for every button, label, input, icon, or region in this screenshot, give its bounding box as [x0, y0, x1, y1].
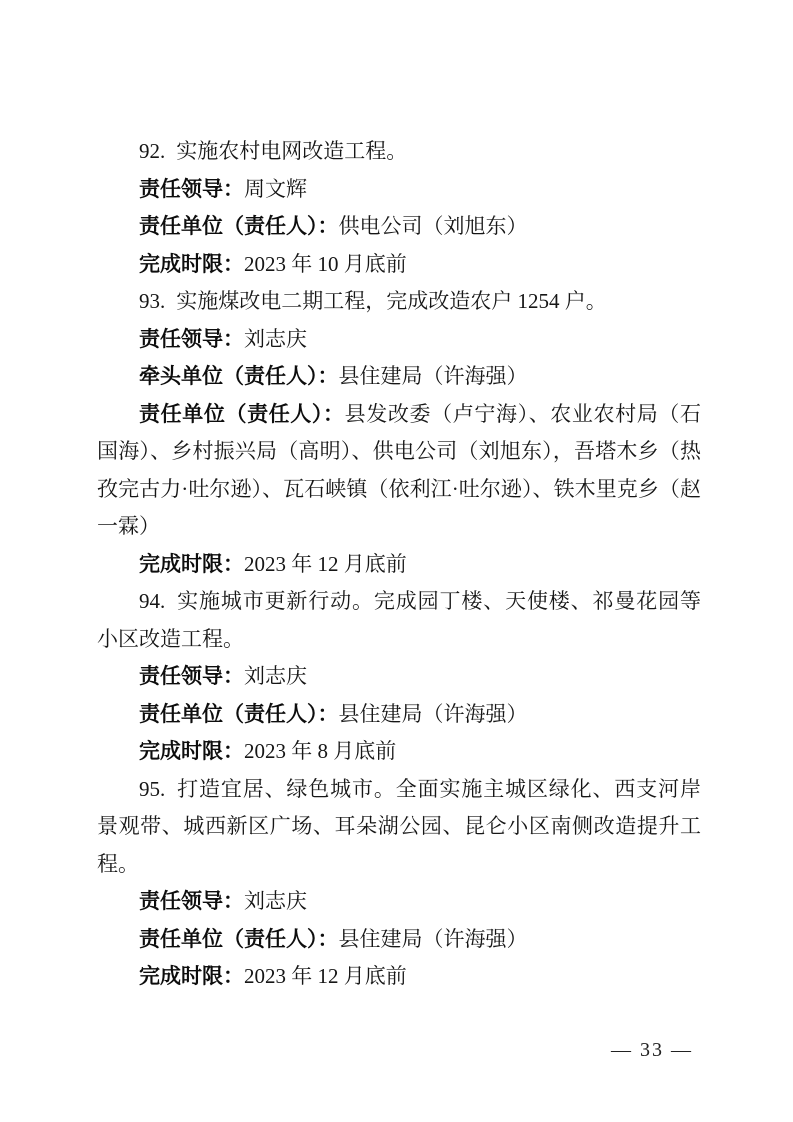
field-label: 责任领导：: [139, 890, 244, 913]
field-value: 刘志庆: [244, 889, 307, 913]
field-label: 责任单位（责任人）：: [139, 928, 339, 951]
item-number: 95.: [139, 777, 165, 801]
field-label: 完成时限：: [139, 965, 244, 988]
item-number: 94.: [139, 589, 165, 613]
item-92-field-unit: 责任单位（责任人）：供电公司（刘旭东）: [97, 208, 701, 246]
page-number: — 33 —: [611, 1038, 693, 1062]
item-95-field-leader: 责任领导：刘志庆: [97, 883, 701, 921]
field-value: 供电公司（刘旭东）: [339, 214, 528, 238]
field-label: 完成时限：: [139, 253, 244, 276]
field-value: 刘志庆: [244, 664, 307, 688]
item-93-field-lead-unit: 牵头单位（责任人）：县住建局（许海强）: [97, 358, 701, 396]
item-95-title-paragraph: 95.打造宜居、绿色城市。全面实施主城区绿化、西支河岸景观带、城西新区广场、耳朵…: [97, 771, 701, 884]
item-92-field-leader: 责任领导：周文辉: [97, 171, 701, 209]
field-value: 县住建局（许海强）: [339, 702, 528, 726]
field-label: 责任单位（责任人）：: [139, 703, 339, 726]
item-93-title-paragraph: 93.实施煤改电二期工程，完成改造农户 1254 户。: [97, 283, 701, 321]
field-label: 责任单位（责任人）：: [139, 403, 345, 426]
item-92-field-deadline: 完成时限：2023 年 10 月底前: [97, 246, 701, 284]
item-93-field-unit: 责任单位（责任人）：县发改委（卢宁海）、农业农村局（石国海）、乡村振兴局（高明）…: [97, 396, 701, 546]
item-94-field-unit: 责任单位（责任人）：县住建局（许海强）: [97, 696, 701, 734]
item-94-field-leader: 责任领导：刘志庆: [97, 658, 701, 696]
item-92-title-paragraph: 92.实施农村电网改造工程。: [97, 133, 701, 171]
item-93-field-leader: 责任领导：刘志庆: [97, 321, 701, 359]
field-value: 2023 年 12 月底前: [244, 552, 407, 576]
field-label: 责任领导：: [139, 178, 244, 201]
item-94-field-deadline: 完成时限：2023 年 8 月底前: [97, 733, 701, 771]
item-title: 实施农村电网改造工程。: [176, 139, 407, 163]
field-value: 周文辉: [244, 177, 307, 201]
item-title: 实施城市更新行动。完成园丁楼、天使楼、祁曼花园等小区改造工程。: [97, 589, 701, 651]
field-label: 牵头单位（责任人）：: [139, 365, 339, 388]
item-number: 93.: [139, 289, 165, 313]
field-label: 完成时限：: [139, 740, 244, 763]
item-93-field-deadline: 完成时限：2023 年 12 月底前: [97, 546, 701, 584]
item-title: 打造宜居、绿色城市。全面实施主城区绿化、西支河岸景观带、城西新区广场、耳朵湖公园…: [97, 777, 701, 876]
field-value: 2023 年 10 月底前: [244, 252, 407, 276]
field-label: 责任领导：: [139, 328, 244, 351]
item-95-field-deadline: 完成时限：2023 年 12 月底前: [97, 958, 701, 996]
field-value: 县住建局（许海强）: [339, 927, 528, 951]
field-value: 县住建局（许海强）: [339, 364, 528, 388]
field-value: 刘志庆: [244, 327, 307, 351]
item-94-title-paragraph: 94.实施城市更新行动。完成园丁楼、天使楼、祁曼花园等小区改造工程。: [97, 583, 701, 658]
field-value: 2023 年 12 月底前: [244, 964, 407, 988]
field-label: 责任领导：: [139, 665, 244, 688]
document-body: 92.实施农村电网改造工程。 责任领导：周文辉 责任单位（责任人）：供电公司（刘…: [97, 133, 701, 996]
field-label: 完成时限：: [139, 553, 244, 576]
field-value: 2023 年 8 月底前: [244, 739, 396, 763]
item-95-field-unit: 责任单位（责任人）：县住建局（许海强）: [97, 921, 701, 959]
item-number: 92.: [139, 139, 165, 163]
item-title: 实施煤改电二期工程，完成改造农户 1254 户。: [176, 289, 607, 313]
document-page: 92.实施农村电网改造工程。 责任领导：周文辉 责任单位（责任人）：供电公司（刘…: [0, 0, 793, 1122]
field-label: 责任单位（责任人）：: [139, 215, 339, 238]
